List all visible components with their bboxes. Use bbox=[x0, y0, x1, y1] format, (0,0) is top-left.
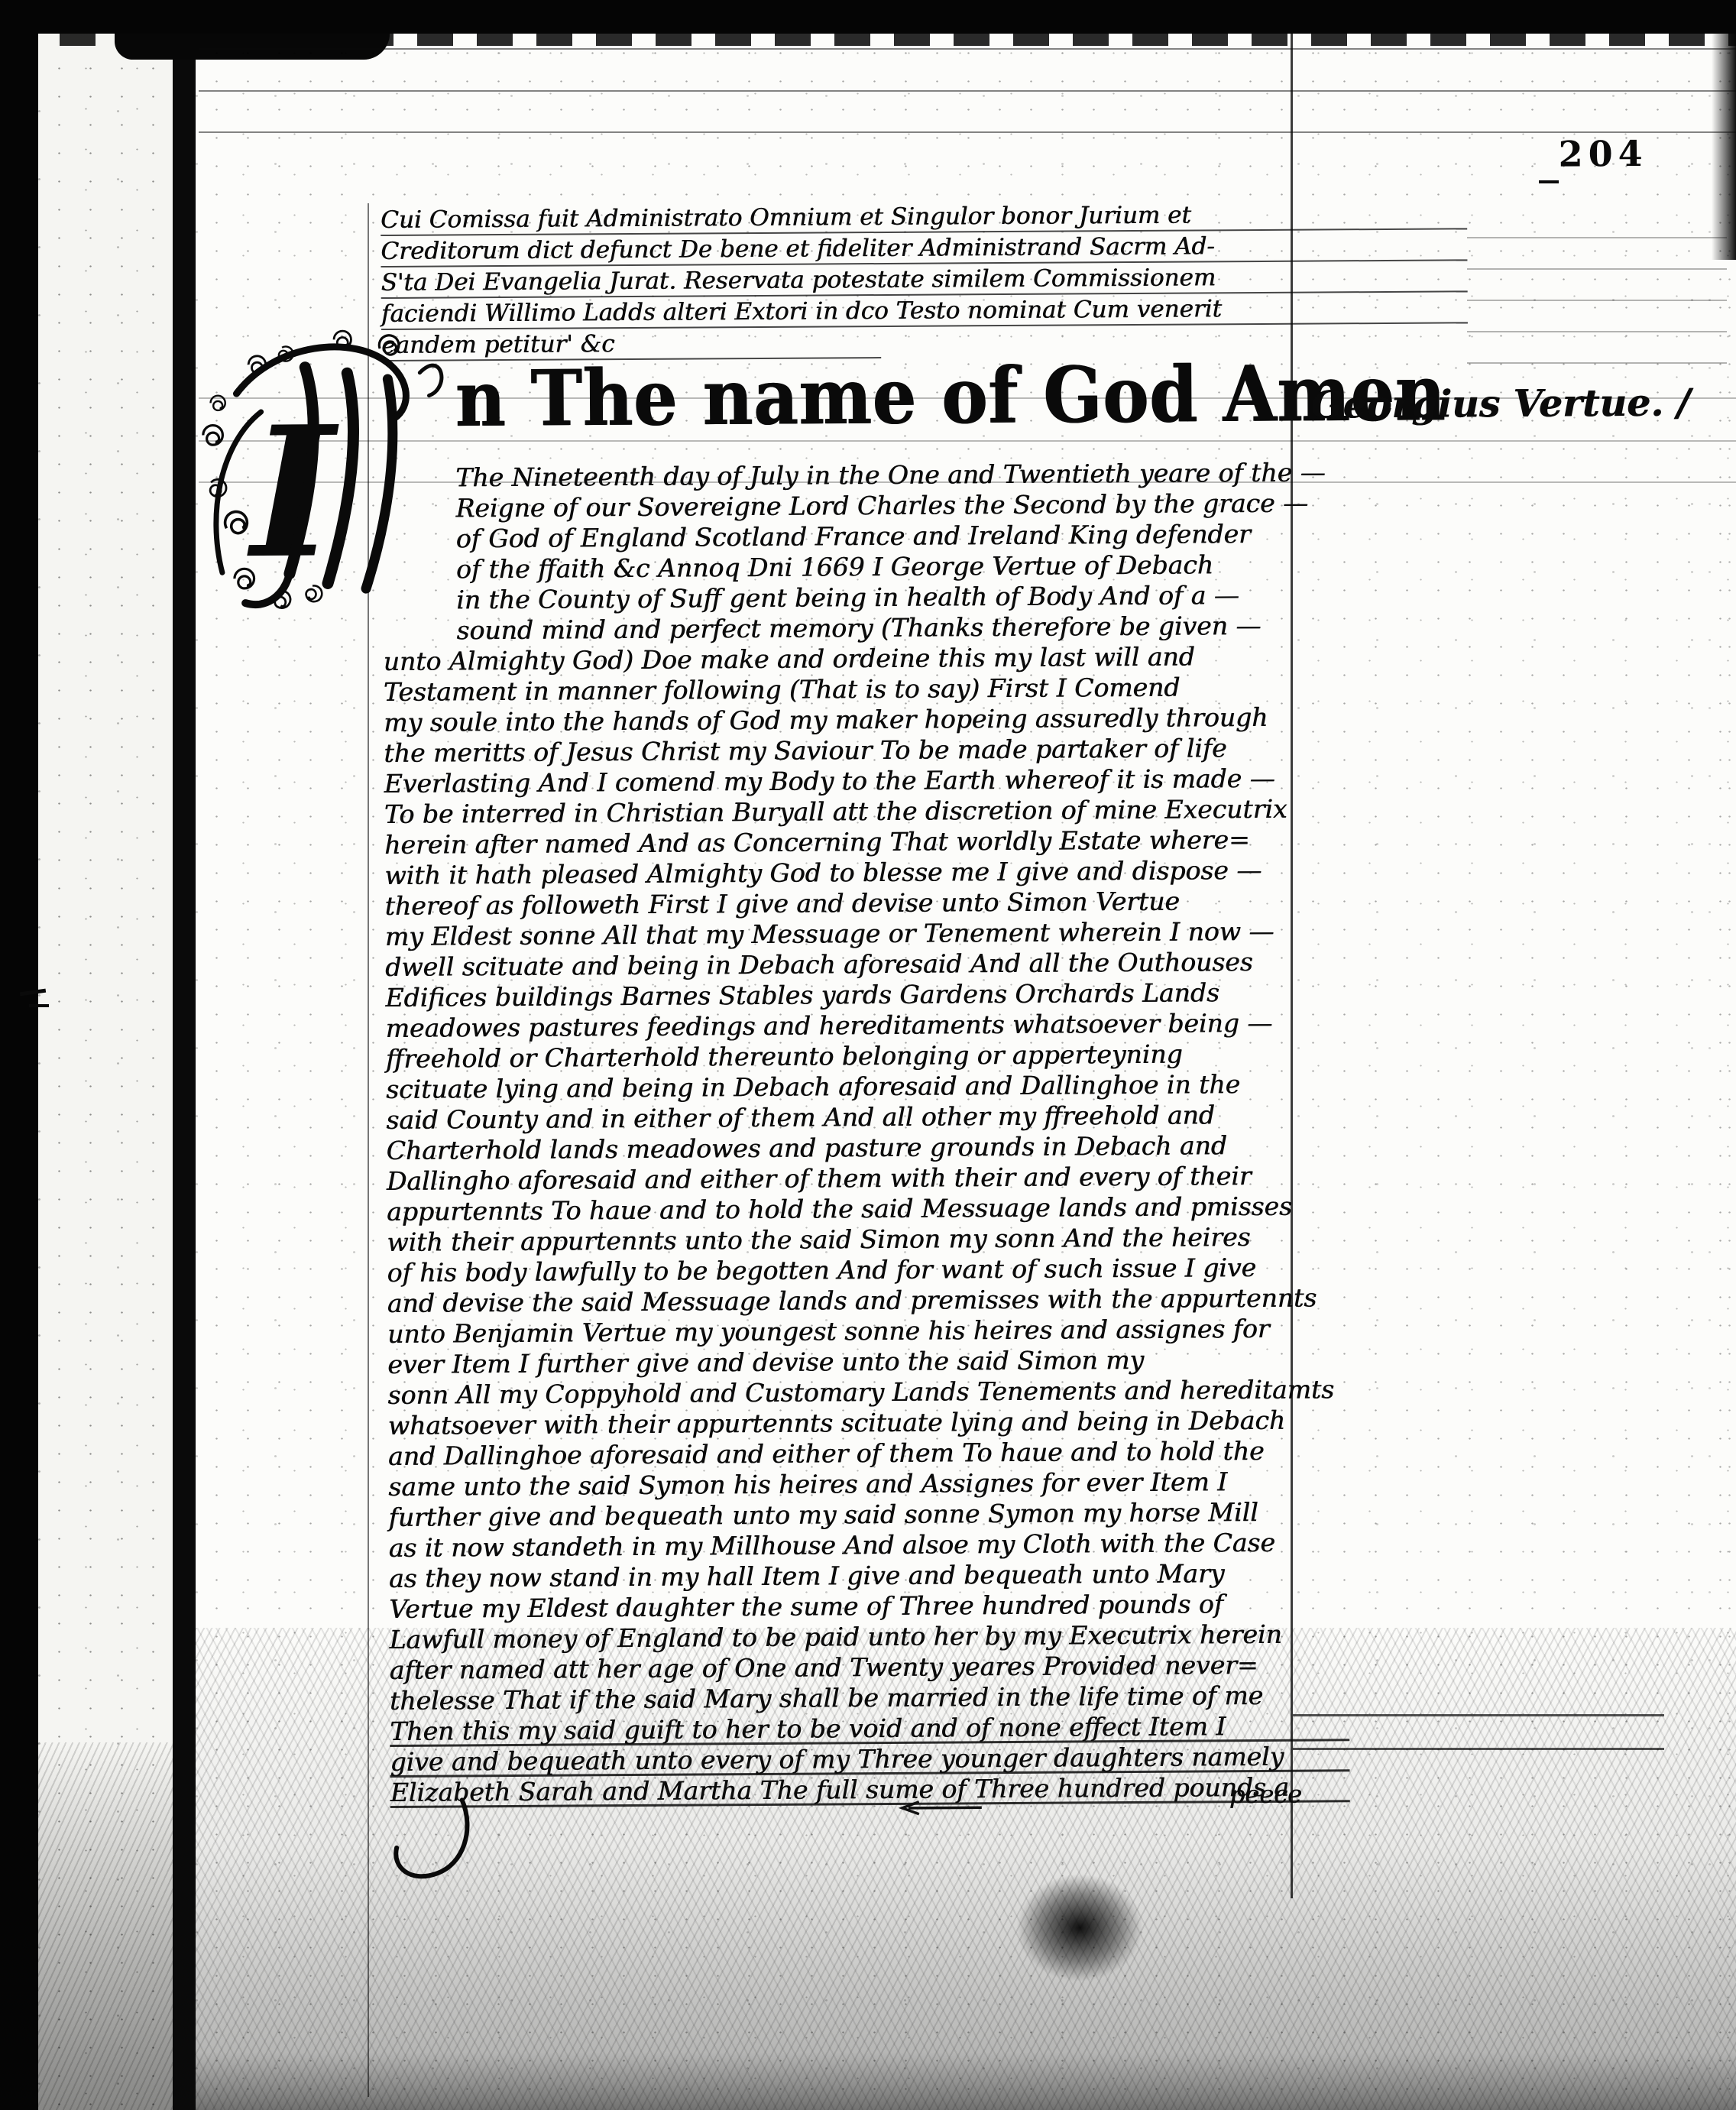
descender-curl-mark bbox=[389, 1797, 504, 1889]
latin-text-line: faciendi Willimo Ladds alteri Extori in … bbox=[381, 292, 1468, 330]
text-line: of the ffaith &c Annoq Dni 1669 I George… bbox=[456, 549, 1342, 585]
text-line: The Nineteenth day of July in the One an… bbox=[455, 457, 1342, 493]
margin-testator-name: Georgius Vertue. / bbox=[1310, 381, 1690, 427]
handwritten-text-layer: 204 Cui Comissa fuit Administrato Omnium… bbox=[0, 0, 1736, 2110]
text-line: meadowes pastures feedings and hereditam… bbox=[385, 1007, 1345, 1044]
will-opening-heading: n The name of God Amen bbox=[455, 348, 1304, 444]
text-line: with it hath pleased Almighty God to ble… bbox=[384, 854, 1344, 891]
page-number: 204 bbox=[1558, 133, 1647, 175]
latin-probate-note: Cui Comissa fuit Administrato Omnium et … bbox=[381, 198, 1468, 361]
text-line: Reigne of our Sovereigne Lord Charles th… bbox=[455, 488, 1342, 523]
text-line: Elizabeth Sarah and Martha The full sume… bbox=[390, 1771, 1350, 1808]
text-line: sound mind and perfect memory (Thanks th… bbox=[456, 610, 1342, 646]
scanned-will-page: 204 Cui Comissa fuit Administrato Omnium… bbox=[0, 0, 1736, 2110]
text-line: of God of England Scotland France and Ir… bbox=[456, 518, 1342, 554]
text-line: in the County of Suff gent being in heal… bbox=[456, 579, 1342, 615]
text-line: unto Benjamin Vertue my youngest sonne h… bbox=[387, 1313, 1347, 1350]
arrow-pen-mark bbox=[895, 1798, 986, 1817]
will-body-text: The Nineteenth day of July in the One an… bbox=[382, 457, 1350, 1808]
catchword: peece bbox=[1229, 1780, 1302, 1810]
